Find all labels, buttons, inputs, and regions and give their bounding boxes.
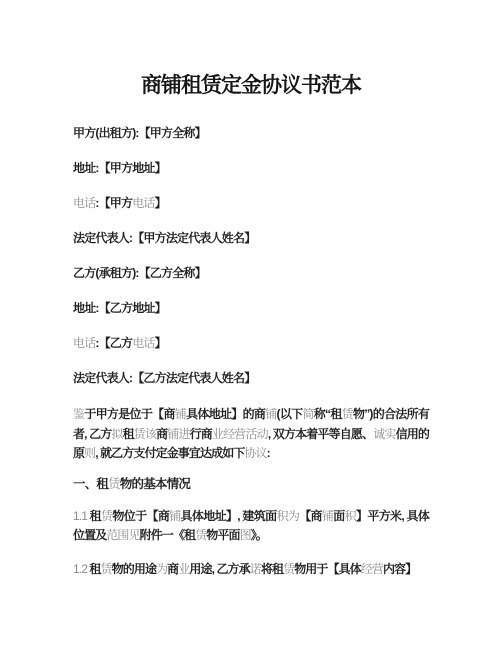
preamble-paragraph: 鉴于甲方是位于【商铺具体地址】的商铺(以下简称“租赁物”)的合法所有者, 乙方拟… [73, 405, 429, 464]
document-title: 商铺租赁定金协议书范本 [73, 72, 429, 98]
party-info-section: 甲方(出租方):【甲方全称】 地址:【甲方地址】 电话:【甲方电话】 法定代表人… [73, 125, 429, 387]
party-field-line-jiafang-representative: 法定代表人:【甲方法定代表人姓名】 [73, 230, 429, 247]
section-basic-info: 一、租赁物的基本情况 1.1 租赁物位于【商铺具体地址】, 建筑面积为【商铺面积… [73, 476, 429, 580]
party-field-line-yifang-phone: 电话:【乙方电话】 [73, 335, 429, 352]
document-page: 商铺租赁定金协议书范本 甲方(出租方):【甲方全称】 地址:【甲方地址】 电话:… [0, 0, 500, 647]
party-field-line-yifang-address: 地址:【乙方地址】 [73, 300, 429, 317]
party-field-line-yifang-name: 乙方(承租方):【乙方全称】 [73, 265, 429, 282]
party-field-line-jiafang-phone: 电话:【甲方电话】 [73, 195, 429, 212]
clause-1-1: 1.1 租赁物位于【商铺具体地址】, 建筑面积为【商铺面积】平方米, 具体位置及… [73, 507, 429, 546]
party-field-line-jiafang-name: 甲方(出租方):【甲方全称】 [73, 125, 429, 142]
party-field-line-jiafang-address: 地址:【甲方地址】 [73, 160, 429, 177]
clause-1-2: 1.2 租赁物的用途为商业用途, 乙方承诺将租赁物用于【具体经营内容】 [73, 560, 429, 580]
section-heading: 一、租赁物的基本情况 [73, 476, 429, 493]
party-field-line-yifang-representative: 法定代表人:【乙方法定代表人姓名】 [73, 370, 429, 387]
